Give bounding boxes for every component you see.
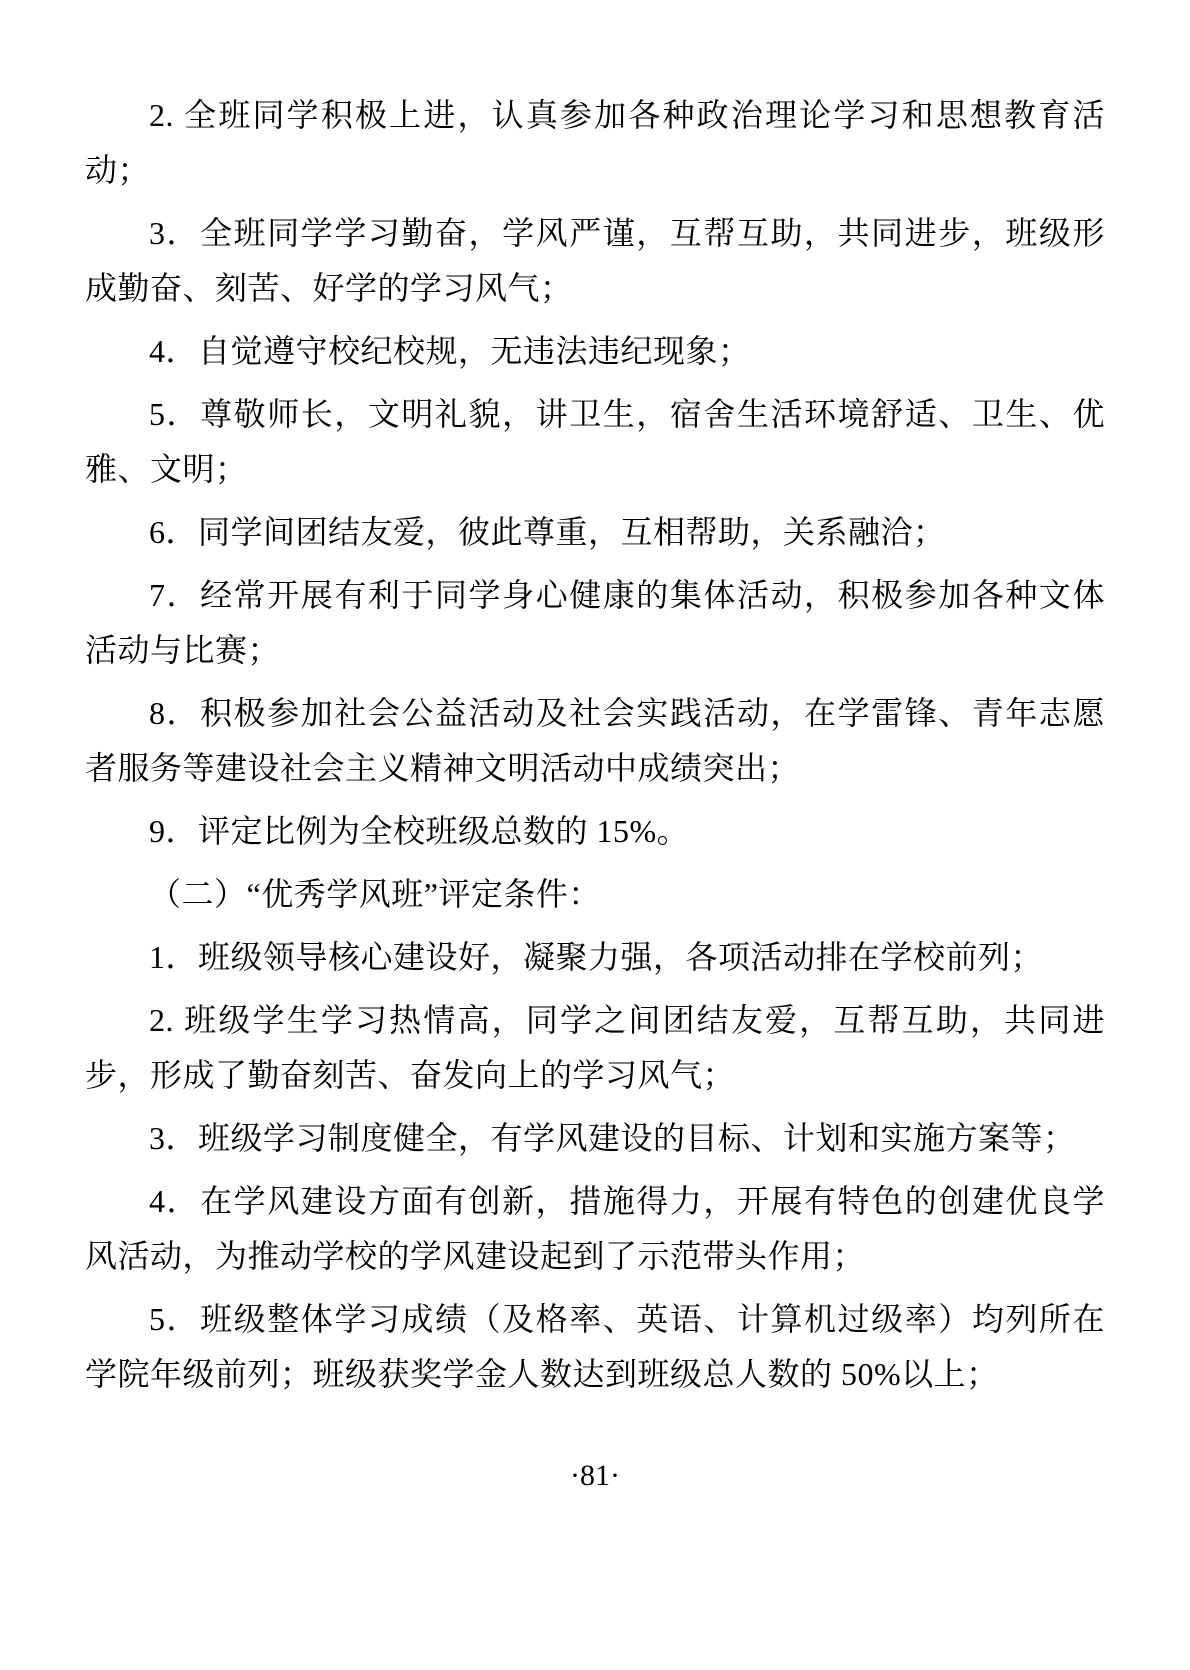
document-body: 2. 全班同学积极上进，认真参加各种政治理论学习和思想教育活动； 3．全班同学学… [85, 88, 1105, 1410]
list-item-2-5: 5．班级整体学习成绩（及格率、英语、计算机过级率）均列所在学院年级前列；班级获奖… [85, 1292, 1105, 1402]
document-page: 2. 全班同学积极上进，认真参加各种政治理论学习和思想教育活动； 3．全班同学学… [0, 0, 1190, 1670]
list-item-1-8: 8．积极参加社会公益活动及社会实践活动，在学雷锋、青年志愿者服务等建设社会主义精… [85, 686, 1105, 796]
list-item-1-9: 9．评定比例为全校班级总数的 15%。 [85, 804, 1105, 859]
page-number: ·81· [0, 1458, 1190, 1494]
list-item-1-7: 7．经常开展有利于同学身心健康的集体活动，积极参加各种文体活动与比赛； [85, 568, 1105, 678]
list-item-1-5: 5．尊敬师长，文明礼貌，讲卫生，宿舍生活环境舒适、卫生、优雅、文明； [85, 387, 1105, 497]
list-item-2-4: 4．在学风建设方面有创新，措施得力，开展有特色的创建优良学风活动，为推动学校的学… [85, 1174, 1105, 1284]
list-item-1-6: 6．同学间团结友爱，彼此尊重，互相帮助，关系融洽； [85, 505, 1105, 560]
list-item-2-2: 2. 班级学生学习热情高，同学之间团结友爱，互帮互助，共同进步，形成了勤奋刻苦、… [85, 993, 1105, 1103]
list-item-1-3: 3．全班同学学习勤奋，学风严谨，互帮互助，共同进步，班级形成勤奋、刻苦、好学的学… [85, 206, 1105, 316]
list-item-1-4: 4．自觉遵守校纪校规，无违法违纪现象； [85, 324, 1105, 379]
list-item-1-2: 2. 全班同学积极上进，认真参加各种政治理论学习和思想教育活动； [85, 88, 1105, 198]
list-item-2-3: 3．班级学习制度健全，有学风建设的目标、计划和实施方案等； [85, 1111, 1105, 1166]
list-item-2-1: 1．班级领导核心建设好，凝聚力强，各项活动排在学校前列； [85, 930, 1105, 985]
section-heading-2: （二）“优秀学风班”评定条件： [85, 867, 1105, 922]
